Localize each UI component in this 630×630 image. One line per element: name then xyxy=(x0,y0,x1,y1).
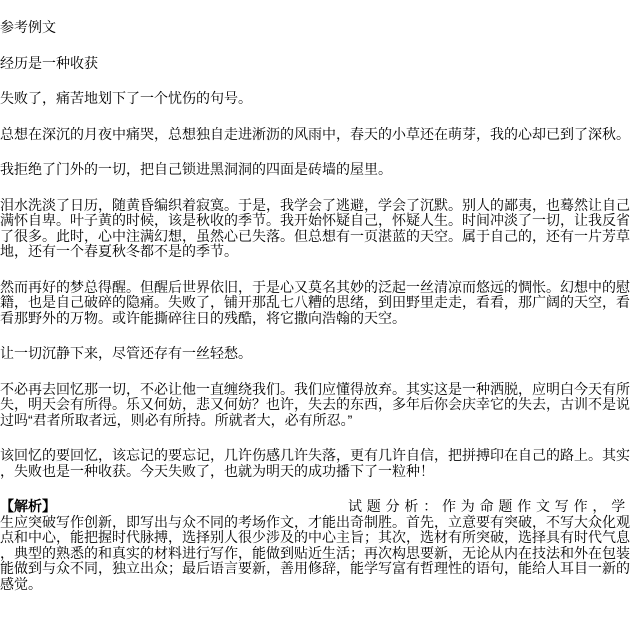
analysis-section: 【解析】 试题分析：作为命题作文写作，学 生应突破写作创新，即写出与众不同的考场… xyxy=(0,499,630,592)
analysis-lead-text: 试题分析：作为命题作文写作，学 xyxy=(348,499,630,515)
analysis-body-text: 生应突破写作创新，即写出与众不同的考场作文，才能出奇制胜。首先，立意要有突破，不… xyxy=(0,515,630,593)
essay-paragraph: 不必再去回忆那一切，不必让他一直缠绕我们。我们应懂得放弃。其实这是一种洒脱，应明… xyxy=(0,382,630,429)
document-heading: 参考例文 xyxy=(0,20,630,36)
document-body: 参考例文 经历是一种收获 失败了，痛苦地划下了一个忧伤的句号。 总想在深沉的月夜… xyxy=(0,0,630,592)
essay-paragraph: 泪水洗淡了日历，随黄昏编织着寂寞。于是，我学会了逃避，学会了沉默。别人的鄙夷，也… xyxy=(0,198,630,260)
analysis-first-line: 【解析】 试题分析：作为命题作文写作，学 xyxy=(0,499,630,515)
essay-paragraph: 然而再好的梦总得醒。但醒后世界依旧，于是心又莫名其妙的泛起一丝清凉而悠远的惆怅。… xyxy=(0,280,630,327)
document-page: 参考例文 经历是一种收获 失败了，痛苦地划下了一个忧伤的句号。 总想在深沉的月夜… xyxy=(0,0,630,630)
essay-paragraph: 失败了，痛苦地划下了一个忧伤的句号。 xyxy=(0,91,630,107)
analysis-label: 【解析】 xyxy=(0,499,56,515)
essay-title: 经历是一种收获 xyxy=(0,56,630,72)
essay-paragraph: 该回忆的要回忆，该忘记的要忘记，几许伤感几许失落，更有几许自信，把拼搏印在自己的… xyxy=(0,448,630,479)
essay-paragraph: 让一切沉静下来，尽管还存有一丝轻愁。 xyxy=(0,346,630,362)
essay-paragraph: 我拒绝了门外的一切，把自己锁进黑洞洞的四面是砖墙的屋里。 xyxy=(0,162,630,178)
essay-paragraph: 总想在深沉的月夜中痛哭，总想独自走进淅沥的风雨中，春天的小草还在萌芽，我的心却已… xyxy=(0,127,630,143)
